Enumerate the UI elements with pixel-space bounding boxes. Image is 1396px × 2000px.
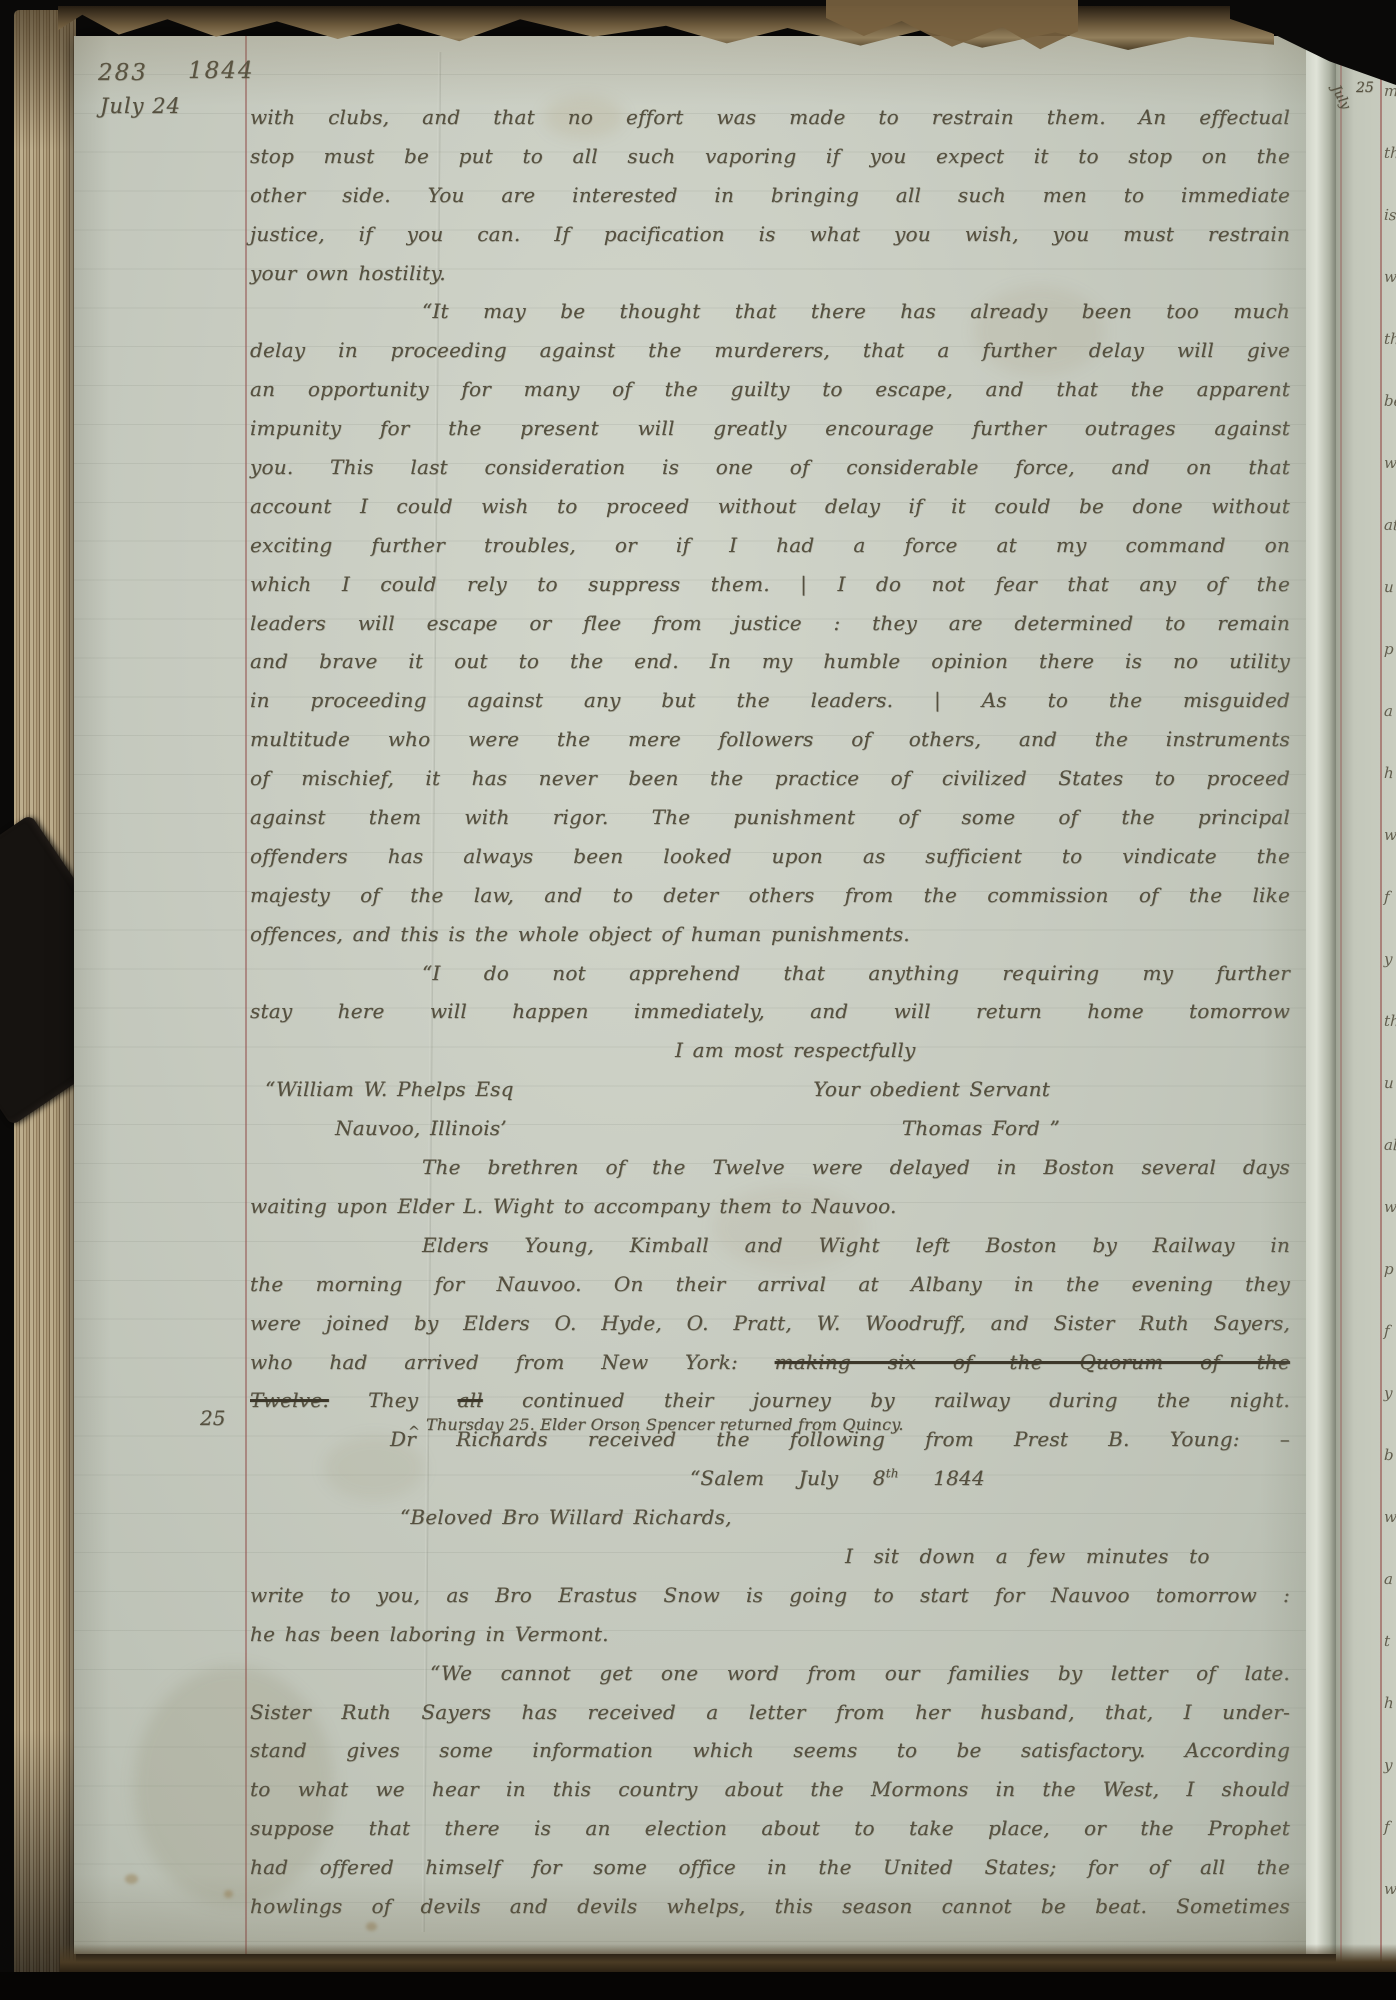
next-page-edge: 1844 25 July mthiswhthbewatupahwfythualw… xyxy=(1336,34,1396,1964)
manuscript-line: Nauvoo, Illinois’Thomas Ford ” xyxy=(250,1109,1290,1148)
manuscript-line: stop must be put to all such vaporing if… xyxy=(250,137,1290,176)
manuscript-line: who had arrived from New York: making si… xyxy=(250,1343,1290,1382)
next-page-red-rule xyxy=(1380,34,1382,1964)
manuscript-line: suppose that there is an election about … xyxy=(250,1809,1290,1848)
manuscript-line: stay here will happen immediately, and w… xyxy=(250,992,1290,1031)
manuscript-line: The brethren of the Twelve were delayed … xyxy=(250,1148,1290,1187)
margin-day: 25 xyxy=(200,1406,225,1430)
manuscript-line: I am most respectfully xyxy=(250,1031,1290,1070)
manuscript-line: write to you, as Bro Erastus Snow is goi… xyxy=(250,1576,1290,1615)
page-fore-edge xyxy=(1306,38,1336,1954)
line-text: “Salem July 8 xyxy=(690,1466,886,1490)
manuscript-page: 283 1844 July 24 25 with clubs, and that… xyxy=(74,36,1306,1954)
text-fragment: th xyxy=(1384,144,1396,163)
manuscript-line: he has been laboring in Vermont. xyxy=(250,1615,1290,1654)
text-fragment: b xyxy=(1384,1446,1394,1464)
line-text: Twelve. xyxy=(250,1388,329,1412)
foxing-spot xyxy=(125,1874,138,1884)
text-fragment: f xyxy=(1384,1818,1390,1836)
manuscript-line: other side. You are interested in bringi… xyxy=(250,176,1290,215)
manuscript-line: to what we hear in this country about th… xyxy=(250,1770,1290,1809)
text-fragment: be xyxy=(1384,392,1396,411)
text-fragment: w xyxy=(1384,826,1396,844)
next-page-red-rule xyxy=(1340,34,1342,1964)
manuscript-line: you. This last consideration is one of c… xyxy=(250,448,1290,487)
manuscript-line: an opportunity for many of the guilty to… xyxy=(250,370,1290,409)
text-fragment: a xyxy=(1384,702,1394,720)
manuscript-line: “We cannot get one word from our familie… xyxy=(250,1654,1290,1693)
manuscript-line: had offered himself for some office in t… xyxy=(250,1848,1290,1887)
manuscript-line: multitude who were the mere followers of… xyxy=(250,720,1290,759)
interlinear-note: Thursday 25. Elder Orson Spencer returne… xyxy=(426,1416,904,1434)
year-label: 1844 xyxy=(188,58,255,84)
text-fragment: p xyxy=(1384,640,1394,658)
manuscript-line: Elders Young, Kimball and Wight left Bos… xyxy=(250,1226,1290,1265)
text-fragment: th xyxy=(1384,1012,1396,1031)
text-fragment: th xyxy=(1384,330,1396,349)
manuscript-line: which I could rely to suppress them. | I… xyxy=(250,565,1290,604)
manuscript-line: impunity for the present will greatly en… xyxy=(250,409,1290,448)
manuscript-line: stand gives some information which seems… xyxy=(250,1731,1290,1770)
text-fragment: w xyxy=(1384,454,1396,472)
text-fragment: w xyxy=(1384,1198,1396,1216)
line-text: continued their journey by railway durin… xyxy=(483,1388,1290,1412)
page-number: 283 xyxy=(98,60,148,86)
text-fragment: p xyxy=(1384,1260,1394,1278)
text-fragment: f xyxy=(1384,1322,1390,1340)
background-bottom xyxy=(0,1972,1396,2000)
text-fragment: wh xyxy=(1384,268,1396,287)
manuscript-line: majesty of the law, and to deter others … xyxy=(250,876,1290,915)
text-fragment: w xyxy=(1384,1880,1396,1898)
text-fragment: u xyxy=(1384,1074,1394,1092)
line-text: Thomas Ford ” xyxy=(902,1109,1060,1148)
manuscript-line: exciting further troubles, or if I had a… xyxy=(250,526,1290,565)
manuscript-line: in proceeding against any but the leader… xyxy=(250,681,1290,720)
text-fragment: at xyxy=(1384,516,1396,535)
text-fragment: f xyxy=(1384,888,1390,906)
manuscript-line: and brave it out to the end. In my humbl… xyxy=(250,642,1290,681)
manuscript-line: offenders has always been looked upon as… xyxy=(250,837,1290,876)
text-fragment: al xyxy=(1384,1136,1396,1154)
line-text: th xyxy=(886,1467,899,1481)
line-text: all xyxy=(457,1388,482,1412)
line-text: Nauvoo, Illinois’ xyxy=(335,1109,507,1148)
line-text: Your obedient Servant xyxy=(813,1070,1050,1109)
line-text: making six of the Quorum of the xyxy=(775,1350,1290,1374)
manuscript-line: against them with rigor. The punishment … xyxy=(250,798,1290,837)
text-fragment: t xyxy=(1384,1632,1391,1650)
manuscript-line: delay in proceeding against the murderer… xyxy=(250,331,1290,370)
line-text: who had arrived from New York: xyxy=(250,1350,775,1374)
text-fragment: h xyxy=(1384,1694,1394,1712)
manuscript-line: “William W. Phelps EsqYour obedient Serv… xyxy=(250,1070,1290,1109)
foxing-spot xyxy=(224,1890,233,1898)
text-fragment: w xyxy=(1384,1508,1396,1526)
manuscript-line: the morning for Nauvoo. On their arrival… xyxy=(250,1265,1290,1304)
text-fragment: m xyxy=(1384,82,1396,100)
manuscript-line: with clubs, and that no effort was made … xyxy=(250,98,1290,137)
line-text: “William W. Phelps Esq xyxy=(265,1070,514,1109)
manuscript-line: howlings of devils and devils whelps, th… xyxy=(250,1887,1290,1926)
manuscript-line: of mischief, it has never been the pract… xyxy=(250,759,1290,798)
manuscript-line: were joined by Elders O. Hyde, O. Pratt,… xyxy=(250,1304,1290,1343)
manuscript-text: with clubs, and that no effort was made … xyxy=(250,98,1290,1926)
manuscript-line: waiting upon Elder L. Wight to accompany… xyxy=(250,1187,1290,1226)
text-fragment: is xyxy=(1384,206,1396,224)
manuscript-line: “It may be thought that there has alread… xyxy=(250,292,1290,331)
text-fragment: y xyxy=(1384,1756,1393,1774)
text-fragment: h xyxy=(1384,764,1394,782)
manuscript-line: offences, and this is the whole object o… xyxy=(250,915,1290,954)
manuscript-line: I sit down a few minutes to xyxy=(250,1537,1290,1576)
insertion-caret: ^ xyxy=(408,1424,420,1440)
text-fragment: y xyxy=(1384,950,1393,968)
manuscript-line: “I do not apprehend that anything requir… xyxy=(250,954,1290,993)
next-page-day: 25 xyxy=(1356,80,1374,96)
manuscript-line: “Beloved Bro Willard Richards, xyxy=(250,1498,1290,1537)
text-fragment: u xyxy=(1384,578,1394,596)
manuscript-line: leaders will escape or flee from justice… xyxy=(250,604,1290,643)
book-scan: 283 1844 July 24 25 with clubs, and that… xyxy=(0,0,1396,2000)
margin-red-rule xyxy=(245,36,247,1954)
manuscript-line: Sister Ruth Sayers has received a letter… xyxy=(250,1693,1290,1732)
manuscript-line: your own hostility. xyxy=(250,254,1290,293)
text-fragment: a xyxy=(1384,1570,1394,1588)
margin-date: July 24 xyxy=(100,94,181,118)
line-text: They xyxy=(329,1388,458,1412)
manuscript-line: justice, if you can. If pacification is … xyxy=(250,215,1290,254)
manuscript-line: “Salem July 8th 1844 xyxy=(250,1459,1290,1498)
manuscript-line: account I could wish to proceed without … xyxy=(250,487,1290,526)
text-fragment: y xyxy=(1384,1384,1393,1402)
line-text: 1844 xyxy=(899,1466,985,1490)
